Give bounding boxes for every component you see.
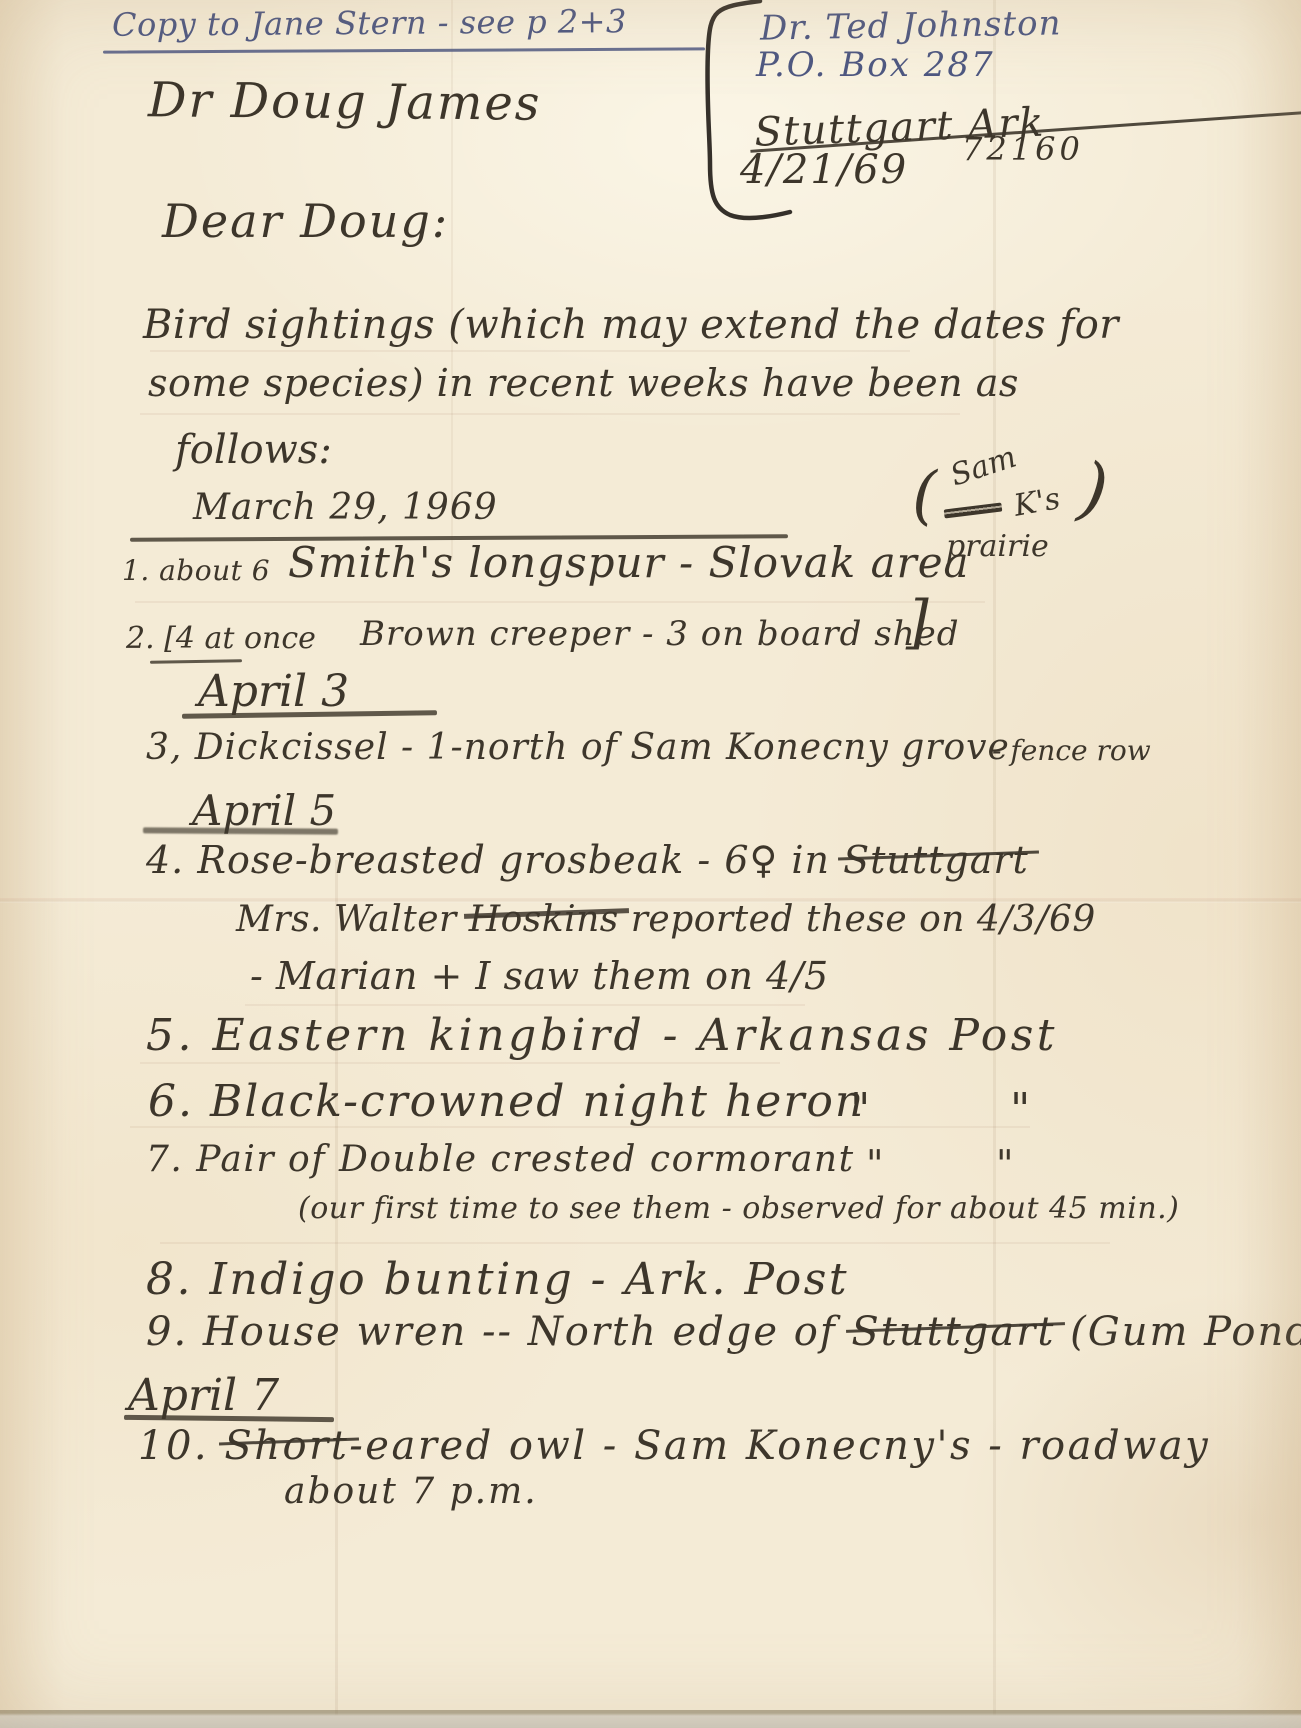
sighting-6-ditto-1: " [850, 1086, 870, 1134]
underline-april-5 [143, 827, 338, 834]
sighting-4-struck-stuttgart: Stuttgart [843, 838, 1029, 882]
sighting-1-species: Smith's longspur - Slovak area [288, 540, 970, 586]
ruled-line [135, 601, 985, 603]
sighting-7-line: 7. Pair of Double crested cormorant [146, 1140, 855, 1180]
sighting-8-line: 8. Indigo bunting - Ark. Post [146, 1256, 849, 1304]
sighting-4-line-1: 4. Rose-breasted grosbeak - 6♀ in Stuttg… [146, 840, 1029, 882]
sighting-7-ditto-2: " [996, 1144, 1013, 1186]
sighting-4-struck-hoskins: Hoskins [469, 899, 619, 940]
sighting-2-qty: 2. [4 at once [126, 622, 316, 655]
scan-bottom-edge [0, 1710, 1301, 1728]
sighting-9-text-b: (Gum Pond) [1055, 1309, 1301, 1355]
address-zip: 72160 [962, 132, 1084, 167]
sighting-2-bracket-close: ] [906, 596, 929, 648]
sighting-7-ditto-1: " [866, 1144, 883, 1186]
date-header-march-29: March 29, 1969 [193, 488, 498, 528]
ruled-line [140, 1062, 780, 1064]
sighting-1-note-prairie: prairie [946, 530, 1049, 563]
ruled-line [160, 1242, 1110, 1244]
sighting-4-report: reported these on 4/3/69 [631, 899, 1096, 940]
sighting-10-text: -eared owl - Sam Konecny's - roadway [349, 1423, 1210, 1469]
date-header-april-3: April 3 [198, 668, 349, 716]
sighting-4-line-3: - Marian + I saw them on 4/5 [250, 956, 829, 998]
recipient-name: Dr Doug James [148, 74, 542, 130]
sighting-1-note-sam: Sam [947, 440, 1021, 492]
sighting-5-line: 5. Eastern kingbird - Arkansas Post [146, 1012, 1058, 1060]
sighting-9-struck-stuttgart: Stuttgart [851, 1309, 1055, 1355]
sighting-9-text-a: 9. House wren -- North edge of [146, 1309, 851, 1355]
sighting-3-line: 3, Dickcissel - 1-north of Sam Konecny g… [146, 728, 1010, 768]
sighting-3-detail: - fence row [992, 736, 1151, 767]
scribbled-out-word [944, 502, 1003, 518]
sighting-10-line: 10. Short-eared owl - Sam Konecny's - ro… [138, 1424, 1210, 1468]
sighting-6-ditto-2: " [1010, 1086, 1030, 1134]
ruled-line [245, 1004, 805, 1006]
paper: { "colors": { "ink": "#3d362b", "blue_in… [0, 0, 1301, 1728]
sighting-1-note-ks: K's [1011, 482, 1062, 522]
intro-line-1: Bird sightings (which may extend the dat… [143, 303, 1119, 347]
sighting-6-line: 6. Black-crowned night heron [148, 1078, 865, 1126]
sighting-9-line: 9. House wren -- North edge of Stuttgart… [146, 1310, 1301, 1354]
copy-note: Copy to Jane Stern - see p 2+3 [112, 4, 627, 43]
sighting-10-num: 10. [138, 1423, 224, 1469]
ruled-line [140, 413, 960, 415]
address-po-box: P.O. Box 287 [756, 47, 995, 84]
address-date: 4/21/69 [740, 148, 908, 192]
address-name: Dr. Ted Johnston [760, 5, 1062, 48]
intro-line-2: some species) in recent weeks have been … [148, 363, 1019, 405]
salutation: Dear Doug: [162, 196, 449, 247]
sighting-7-note: (our first time to see them - observed f… [298, 1192, 1179, 1225]
sighting-1-qty: 1. about 6 [122, 556, 270, 587]
sighting-1-paren-close: ) [1076, 456, 1112, 522]
sighting-4-line-2: Mrs. Walter Hoskins reported these on 4/… [236, 900, 1096, 940]
ruled-line [150, 350, 910, 352]
sighting-4-text: 4. Rose-breasted grosbeak - 6♀ in [146, 838, 830, 882]
sighting-1-paren-open: ( [912, 468, 937, 526]
underline-april-7 [124, 1415, 334, 1422]
intro-line-3: follows: [175, 428, 332, 472]
underline-4-at-once [150, 659, 242, 664]
sighting-10-time: about 7 p.m. [284, 1472, 538, 1512]
sighting-4-observer: Mrs. Walter [236, 899, 457, 940]
sighting-2-species: Brown creeper - 3 on board shed [360, 616, 959, 653]
copy-note-underline [103, 47, 705, 53]
date-header-april-7: April 7 [128, 1372, 279, 1420]
sighting-10-struck-short: Short [224, 1423, 349, 1469]
